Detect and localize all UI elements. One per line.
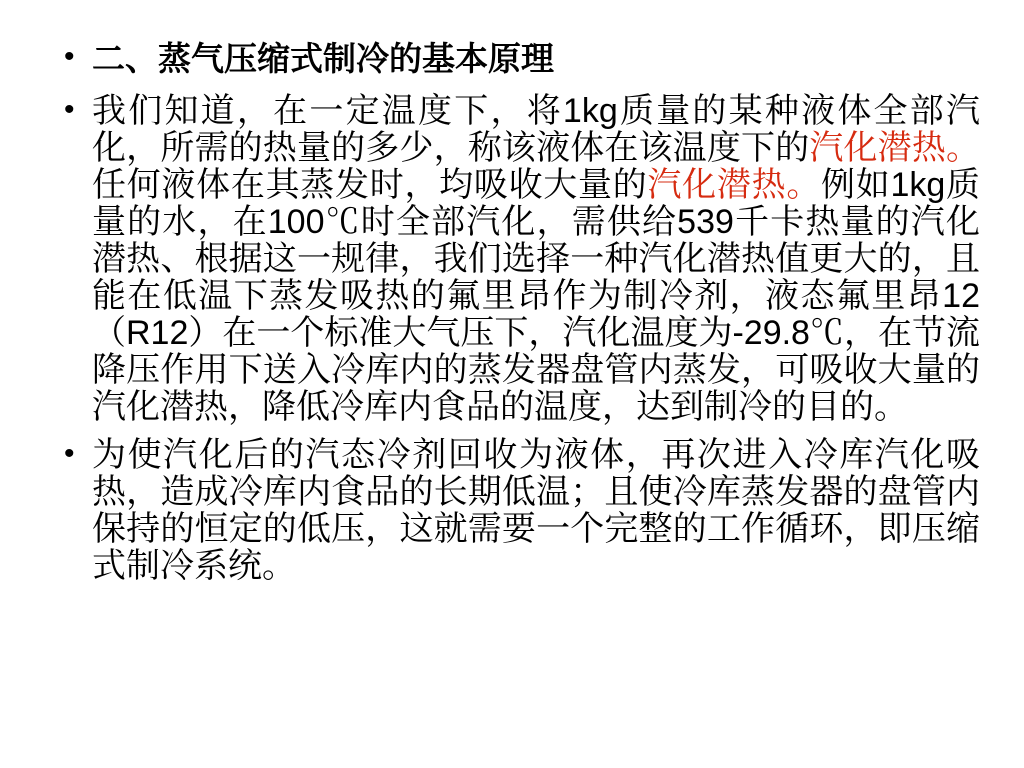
bullet-text: 二、蒸气压缩式制冷的基本原理 [92, 40, 554, 77]
bullet-dot: • [64, 435, 75, 472]
bullet-dot: • [64, 91, 75, 128]
slide-title-bullet: •二、蒸气压缩式制冷的基本原理 [62, 40, 980, 77]
bullet-list: •二、蒸气压缩式制冷的基本原理•我们知道，在一定温度下，将1kg质量的某种液体全… [62, 40, 980, 596]
text-run: 任何液体在其蒸发时，均吸收大量的 [92, 166, 647, 204]
body-bullet: •我们知道，在一定温度下，将1kg质量的某种液体全部汽化，所需的热量的多少，称该… [62, 93, 980, 426]
text-run: 为使汽化后的汽态冷剂回收为液体，再次进入冷库汽化吸热，造成冷库内食品的长期低温；… [92, 436, 980, 585]
bullet-dot: • [64, 38, 75, 75]
highlighted-term: 汽化潜热。 [809, 129, 980, 167]
highlighted-term: 汽化潜热。 [647, 166, 821, 204]
bullet-text: 为使汽化后的汽态冷剂回收为液体，再次进入冷库汽化吸热，造成冷库内食品的长期低温；… [92, 436, 980, 585]
body-bullet: •为使汽化后的汽态冷剂回收为液体，再次进入冷库汽化吸热，造成冷库内食品的长期低温… [62, 437, 980, 585]
text-run: 例如1kg质量的水，在100℃时全部汽化，需供给539千卡热量的汽化潜热、根据这… [92, 166, 980, 426]
text-run: 二、蒸气压缩式制冷的基本原理 [92, 40, 554, 77]
bullet-text: 我们知道，在一定温度下，将1kg质量的某种液体全部汽化，所需的热量的多少，称该液… [92, 92, 980, 426]
slide: •二、蒸气压缩式制冷的基本原理•我们知道，在一定温度下，将1kg质量的某种液体全… [0, 0, 1024, 768]
